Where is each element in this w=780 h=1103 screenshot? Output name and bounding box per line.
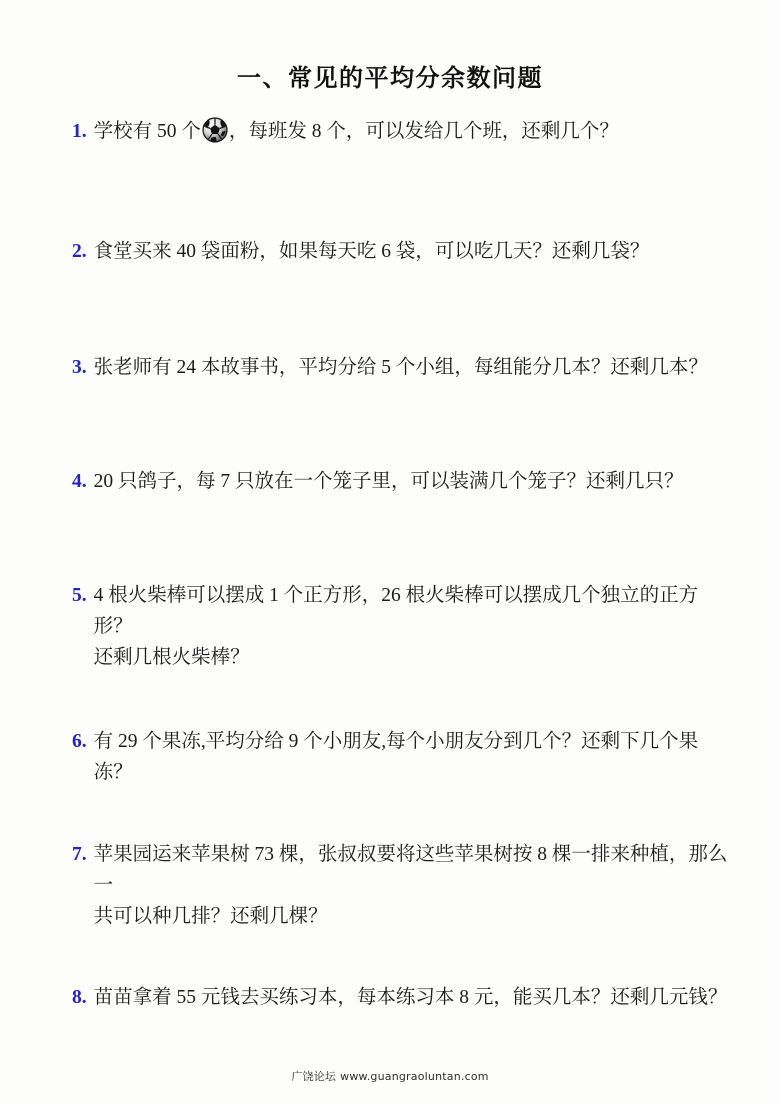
question-4: 4. 20 只鸽子，每 7 只放在一个笼子里，可以装满几个笼子？还剩几只？ [72,466,736,497]
footer-watermark: 广饶论坛www.guangraoluntan.com [0,1068,780,1084]
question-5-line2: 还剩几根火柴棒？ [94,642,736,673]
question-1: 1. 学校有 50 个 [72,116,736,147]
question-2: 2. 食堂买来 40 袋面粉，如果每天吃 6 袋，可以吃几天？还剩几袋？ [72,236,736,267]
question-1-text-post: ，每班发 8 个，可以发给几个班，还剩几个？ [229,121,619,142]
question-5: 5. 4 根火柴棒可以摆成 1 个正方形，26 根火柴棒可以摆成几个独立的正方形… [72,580,736,673]
question-5-number: 5. [72,580,87,611]
question-8: 8. 苗苗拿着 55 元钱去买练习本，每本练习本 8 元，能买几本？还剩几元钱？ [72,982,736,1013]
question-5-line1: 4 根火柴棒可以摆成 1 个正方形，26 根火柴棒可以摆成几个独立的正方形？ [94,580,736,642]
question-5-body: 4 根火柴棒可以摆成 1 个正方形，26 根火柴棒可以摆成几个独立的正方形？ 还… [94,580,736,673]
question-3-number: 3. [72,352,87,383]
page-title: 一、常见的平均分余数问题 [0,58,780,93]
question-2-text: 食堂买来 40 袋面粉，如果每天吃 6 袋，可以吃几天？还剩几袋？ [94,236,736,267]
question-7-number: 7. [72,839,87,870]
worksheet-page: 一、常见的平均分余数问题 1. 学校有 50 个 [0,0,780,1103]
question-6-number: 6. [72,726,87,757]
question-1-text-pre: 学校有 50 个 [94,121,201,142]
footer-url: www.guangraoluntan.com [340,1070,489,1083]
soccer-ball-icon [202,117,228,143]
question-4-text: 20 只鸽子，每 7 只放在一个笼子里，可以装满几个笼子？还剩几只？ [94,466,736,497]
footer-site-name: 广饶论坛 [291,1070,336,1083]
question-1-body: 学校有 50 个 ，每班发 8 [94,116,736,147]
question-7-line1: 苹果园运来苹果树 73 棵，张叔叔要将这些苹果树按 8 棵一排来种植，那么一 [94,839,736,901]
question-6-text: 有 29 个果冻,平均分给 9 个小朋友,每个小朋友分到几个？还剩下几个果冻？ [94,726,736,788]
question-3: 3. 张老师有 24 本故事书，平均分给 5 个小组，每组能分几本？还剩几本？ [72,352,736,383]
question-6: 6. 有 29 个果冻,平均分给 9 个小朋友,每个小朋友分到几个？还剩下几个果… [72,726,736,788]
question-7: 7. 苹果园运来苹果树 73 棵，张叔叔要将这些苹果树按 8 棵一排来种植，那么… [72,839,736,932]
question-3-text: 张老师有 24 本故事书，平均分给 5 个小组，每组能分几本？还剩几本？ [94,352,736,383]
question-4-number: 4. [72,466,87,497]
question-2-number: 2. [72,236,87,267]
question-7-body: 苹果园运来苹果树 73 棵，张叔叔要将这些苹果树按 8 棵一排来种植，那么一 共… [94,839,736,932]
question-7-line2: 共可以种几排？还剩几棵？ [94,901,736,932]
question-8-number: 8. [72,982,87,1013]
question-8-text: 苗苗拿着 55 元钱去买练习本，每本练习本 8 元，能买几本？还剩几元钱？ [94,982,736,1013]
question-1-number: 1. [72,116,87,147]
